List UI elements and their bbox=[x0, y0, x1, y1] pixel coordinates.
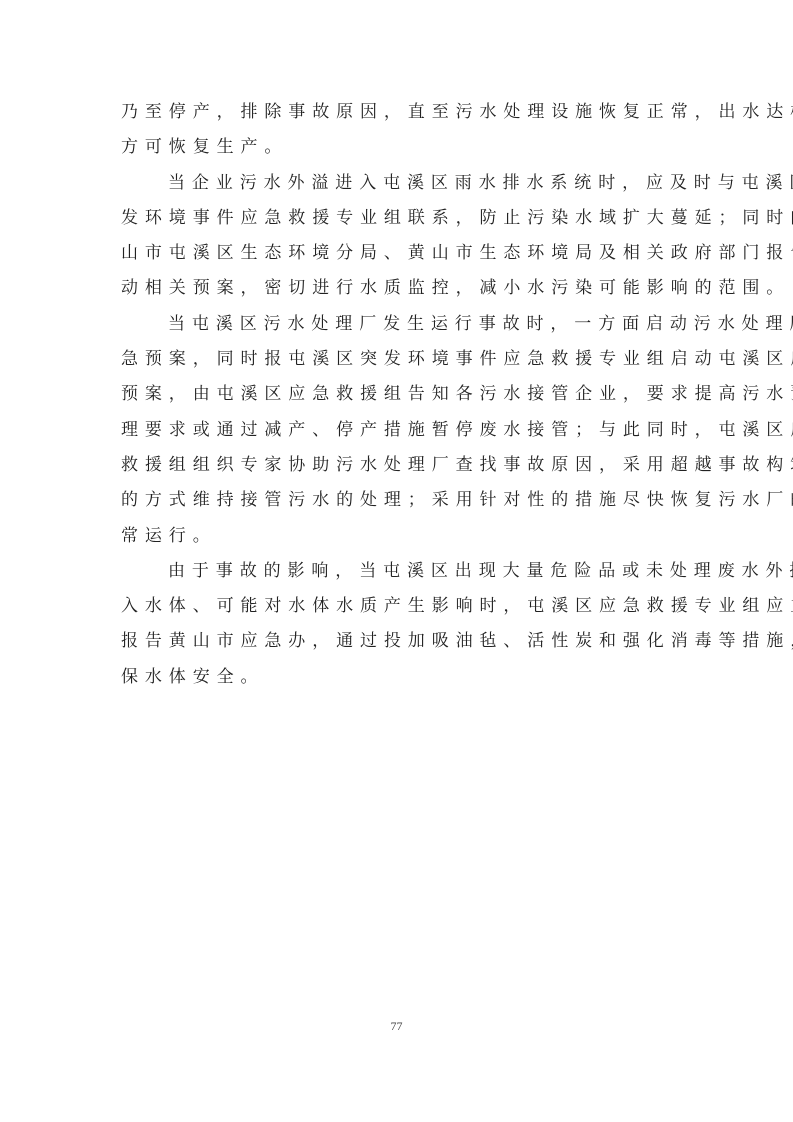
text-line: 当企业污水外溢进入屯溪区雨水排水系统时，应及时与屯溪区突 bbox=[121, 166, 673, 201]
paragraph-2: 当企业污水外溢进入屯溪区雨水排水系统时，应及时与屯溪区突 发环境事件应急救援专业… bbox=[121, 166, 673, 307]
text-line: 入水体、可能对水体水质产生影响时，屯溪区应急救援专业组应立即 bbox=[121, 589, 673, 624]
text-line: 理要求或通过减产、停产措施暂停废水接管；与此同时，屯溪区应急 bbox=[121, 413, 673, 448]
text-line: 方可恢复生产。 bbox=[121, 130, 673, 165]
text-line: 当屯溪区污水处理厂发生运行事故时，一方面启动污水处理厂应 bbox=[121, 307, 673, 342]
paragraph-3: 当屯溪区污水处理厂发生运行事故时，一方面启动污水处理厂应 急预案，同时报屯溪区突… bbox=[121, 307, 673, 554]
text-line: 发环境事件应急救援专业组联系，防止污染水域扩大蔓延；同时向黄 bbox=[121, 201, 673, 236]
text-line: 乃至停产，排除事故原因，直至污水处理设施恢复正常，出水达标后 bbox=[121, 95, 673, 130]
paragraph-1: 乃至停产，排除事故原因，直至污水处理设施恢复正常，出水达标后 方可恢复生产。 bbox=[121, 95, 673, 166]
text-line: 保水体安全。 bbox=[121, 660, 673, 695]
document-page: 乃至停产，排除事故原因，直至污水处理设施恢复正常，出水达标后 方可恢复生产。 当… bbox=[0, 0, 793, 1122]
text-line: 由于事故的影响，当屯溪区出现大量危险品或未处理废水外排进 bbox=[121, 554, 673, 589]
text-line: 报告黄山市应急办，通过投加吸油毡、活性炭和强化消毒等措施，确 bbox=[121, 624, 673, 659]
page-number: 77 bbox=[0, 1019, 793, 1034]
body-text: 乃至停产，排除事故原因，直至污水处理设施恢复正常，出水达标后 方可恢复生产。 当… bbox=[121, 95, 673, 695]
text-line: 的方式维持接管污水的处理；采用针对性的措施尽快恢复污水厂的正 bbox=[121, 483, 673, 518]
text-line: 救援组组织专家协助污水处理厂查找事故原因，采用超越事故构筑物 bbox=[121, 448, 673, 483]
paragraph-4: 由于事故的影响，当屯溪区出现大量危险品或未处理废水外排进 入水体、可能对水体水质… bbox=[121, 554, 673, 695]
text-line: 急预案，同时报屯溪区突发环境事件应急救援专业组启动屯溪区应急 bbox=[121, 342, 673, 377]
text-line: 山市屯溪区生态环境分局、黄山市生态环境局及相关政府部门报告启 bbox=[121, 236, 673, 271]
text-line: 常运行。 bbox=[121, 519, 673, 554]
text-line: 预案，由屯溪区应急救援组告知各污水接管企业，要求提高污水预处 bbox=[121, 377, 673, 412]
text-line: 动相关预案，密切进行水质监控，减小水污染可能影响的范围。 bbox=[121, 271, 673, 306]
